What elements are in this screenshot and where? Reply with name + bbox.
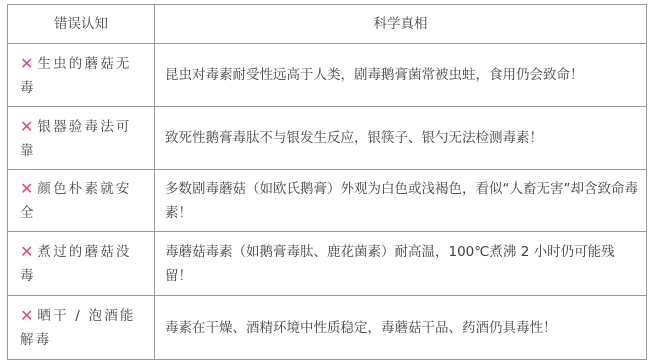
header-myth: 错误认知 xyxy=(8,5,155,44)
fact-cell: 多数剧毒蘑菇（如欧氏鹅膏）外观为白色或浅褐色，看似“人畜无害”却含致命毒素！ xyxy=(155,170,647,232)
cross-mark-icon: ✕ xyxy=(20,177,33,201)
myth-cell: ✕银器验毒法可靠 xyxy=(8,107,155,170)
table-row: ✕煮过的蘑菇没毒 毒蘑菇毒素（如鹅膏毒肽、鹿花菌素）耐高温，100℃煮沸 2 小… xyxy=(8,232,647,296)
table-row: ✕银器验毒法可靠 致死性鹅膏毒肽不与银发生反应，银筷子、银勺无法检测毒素！ xyxy=(8,107,647,170)
cross-mark-icon: ✕ xyxy=(20,304,33,328)
myth-text: 煮过的蘑菇没毒 xyxy=(20,244,132,284)
fact-cell: 毒蘑菇毒素（如鹅膏毒肽、鹿花菌素）耐高温，100℃煮沸 2 小时仍可能残留！ xyxy=(155,232,647,296)
myth-vs-fact-table: 错误认知 科学真相 ✕生虫的蘑菇无毒 昆虫对毒素耐受性远高于人类，剧毒鹅膏菌常被… xyxy=(7,4,647,360)
myth-cell: ✕颜色朴素就安全 xyxy=(8,170,155,232)
myth-text: 生虫的蘑菇无毒 xyxy=(20,56,132,96)
myth-text: 银器验毒法可靠 xyxy=(20,119,132,159)
myth-cell: ✕煮过的蘑菇没毒 xyxy=(8,232,155,296)
table-row: ✕生虫的蘑菇无毒 昆虫对毒素耐受性远高于人类，剧毒鹅膏菌常被虫蛀，食用仍会致命！ xyxy=(8,44,647,107)
myth-text: 颜色朴素就安全 xyxy=(20,181,132,221)
myth-cell: ✕晒干 / 泡酒能解毒 xyxy=(8,296,155,360)
cross-mark-icon: ✕ xyxy=(20,240,33,264)
fact-cell: 昆虫对毒素耐受性远高于人类，剧毒鹅膏菌常被虫蛀，食用仍会致命！ xyxy=(155,44,647,107)
header-fact: 科学真相 xyxy=(155,5,647,44)
cross-mark-icon: ✕ xyxy=(20,115,33,139)
fact-cell: 致死性鹅膏毒肽不与银发生反应，银筷子、银勺无法检测毒素！ xyxy=(155,107,647,170)
cross-mark-icon: ✕ xyxy=(20,52,33,76)
table-header-row: 错误认知 科学真相 xyxy=(8,5,647,44)
table-row: ✕颜色朴素就安全 多数剧毒蘑菇（如欧氏鹅膏）外观为白色或浅褐色，看似“人畜无害”… xyxy=(8,170,647,232)
myth-cell: ✕生虫的蘑菇无毒 xyxy=(8,44,155,107)
fact-cell: 毒素在干燥、酒精环境中性质稳定，毒蘑菇干品、药酒仍具毒性！ xyxy=(155,296,647,360)
myth-text: 晒干 / 泡酒能解毒 xyxy=(20,308,136,348)
table-row: ✕晒干 / 泡酒能解毒 毒素在干燥、酒精环境中性质稳定，毒蘑菇干品、药酒仍具毒性… xyxy=(8,296,647,360)
